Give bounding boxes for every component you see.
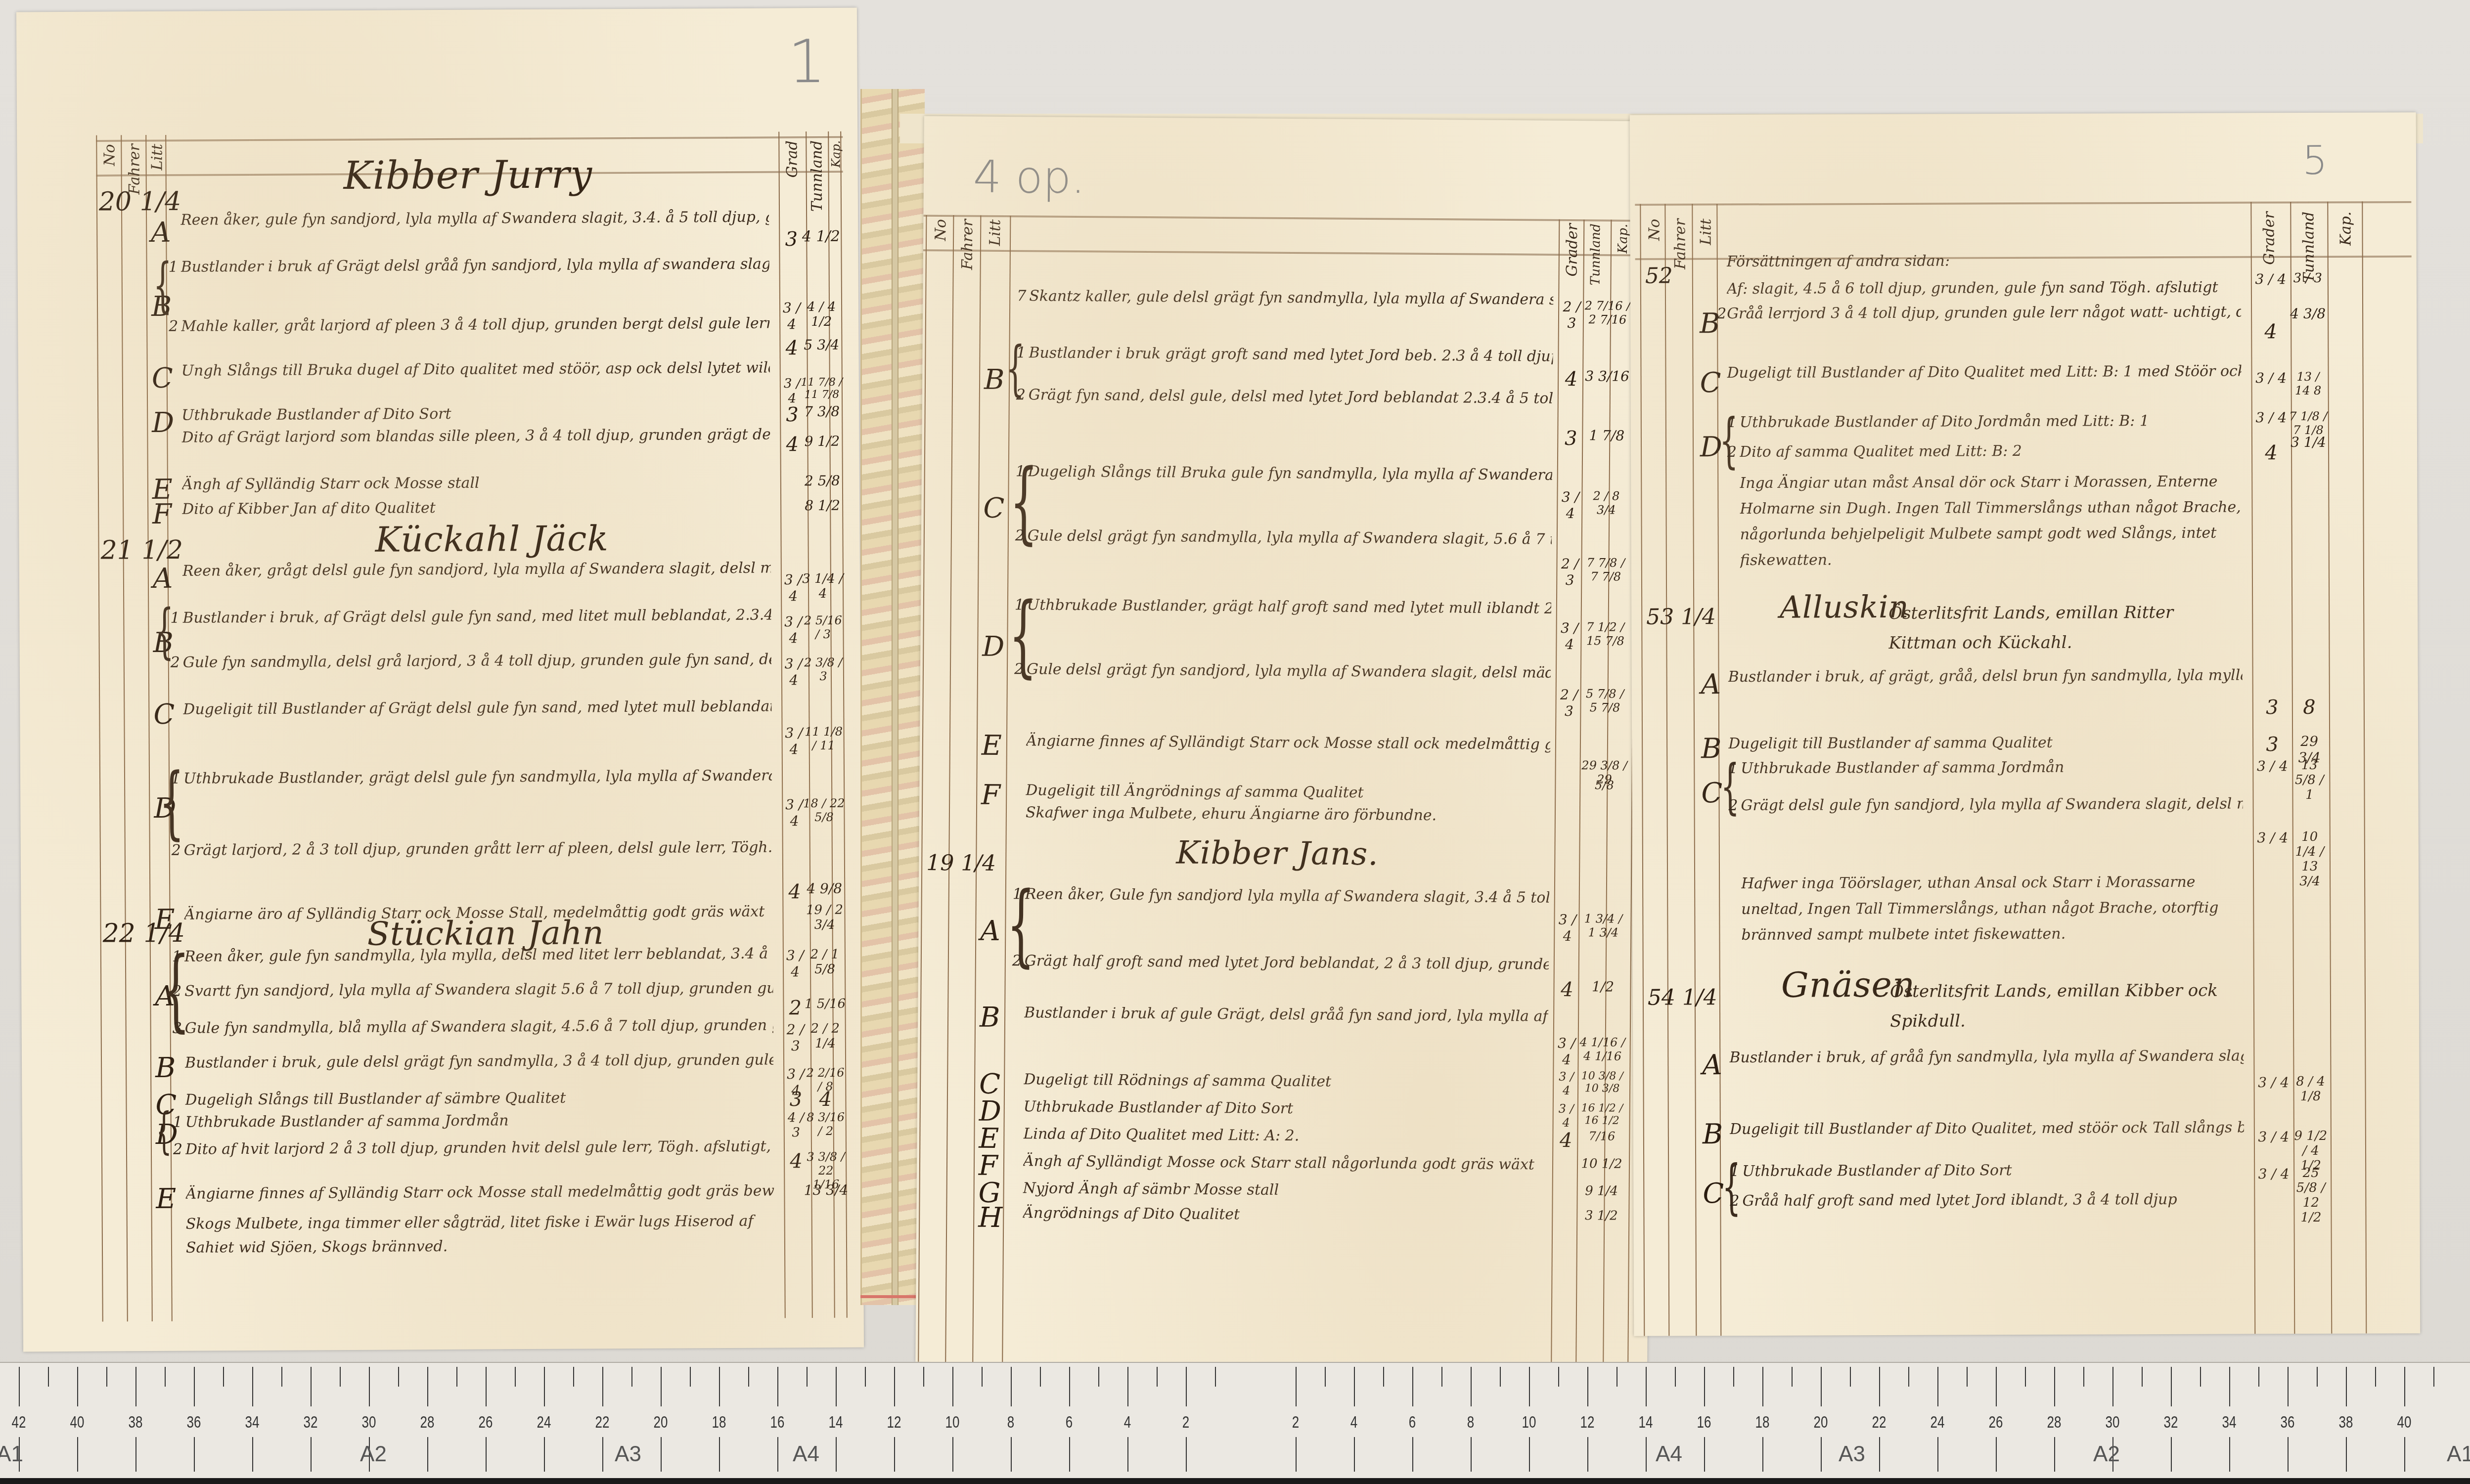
entry-text: Gråå lerrjord 3 å 4 toll djup, grunden g… xyxy=(1727,303,2241,322)
value-tunnland: 9 1/2 xyxy=(800,433,844,449)
ruler-tick xyxy=(1704,1437,1705,1472)
ruler-tick xyxy=(1441,1367,1442,1387)
value-grad: 3 xyxy=(2255,733,2290,756)
ruler-tick xyxy=(777,1437,778,1472)
ruler-tick xyxy=(1296,1367,1297,1406)
paper-size-mark: A1 xyxy=(2447,1442,2470,1467)
sub-number: 1 xyxy=(172,948,181,965)
value-tunnland: 11 7/8 / 11 7/8 xyxy=(800,376,844,401)
ruler-tick xyxy=(1675,1367,1676,1387)
value-grad: 4 xyxy=(1555,1129,1577,1152)
value-tunnland: 18 / 22 5/8 xyxy=(802,796,846,824)
litt-letter: C xyxy=(983,492,1004,524)
entry-text: Dugeligh Slångs till Bruka gule fyn sand… xyxy=(1028,463,1552,483)
ruler-tick xyxy=(2083,1367,2084,1387)
ruler-tick-label: 38 xyxy=(2339,1412,2353,1432)
value-tunnland: 25 5/8 / 12 1/2 xyxy=(2291,1166,2331,1225)
ruler-tick xyxy=(427,1437,428,1472)
ruler-tick-label: 8 xyxy=(1467,1412,1474,1432)
ruler-tick xyxy=(311,1437,312,1472)
entry-text: Mahle kaller, gråt larjord af pleen 3 å … xyxy=(181,315,769,335)
ruler-tick-label: 28 xyxy=(2047,1412,2062,1432)
ruler-tick xyxy=(1296,1437,1297,1472)
entry-text: Dugeligh Slångs till Bustlander af sämbr… xyxy=(185,1088,773,1108)
ruler-tick xyxy=(311,1367,312,1406)
value-tunnland: 4 1/16 / 4 1/16 xyxy=(1577,1035,1627,1063)
ruler-tick xyxy=(1098,1367,1099,1387)
value-tunnland: 4 xyxy=(803,1088,848,1111)
value-grad: 3 xyxy=(2255,696,2290,719)
ruler-tick xyxy=(77,1437,78,1472)
ruler-tick xyxy=(369,1367,370,1406)
entry-text: Bustlander i bruk, af Grägt delsl gule f… xyxy=(182,606,771,626)
entry-text: Nyjord Ängh af sämbr Mosse stall xyxy=(1023,1179,1547,1200)
litt-letter: A xyxy=(153,563,173,595)
ruler-tick xyxy=(194,1367,195,1406)
ruler-tick-label: 32 xyxy=(304,1412,318,1432)
value-grad: 3 / 4 xyxy=(2256,1129,2291,1145)
ruler-tick xyxy=(165,1367,166,1387)
ruler-tick-label: 30 xyxy=(2106,1412,2120,1432)
section-subtitle: Österlitsfrit Lands, emillan Ritter Kitt… xyxy=(1888,598,2235,658)
ruler-tick xyxy=(1850,1367,1851,1387)
ruler-tick-label: 22 xyxy=(1872,1412,1886,1432)
ruler-tick xyxy=(544,1367,545,1406)
ruler-tick xyxy=(719,1437,720,1472)
litt-letter: D xyxy=(982,631,1004,663)
ruler-tick xyxy=(1354,1367,1355,1406)
ruler-tick xyxy=(2346,1367,2347,1406)
value-tunnland: 5 3/4 xyxy=(799,337,844,353)
ruler-tick xyxy=(1069,1437,1070,1472)
ruler-tick xyxy=(894,1437,895,1472)
value-tunnland: 3 / 3 xyxy=(2288,271,2328,286)
entry-text: Gule fyn sandmylla, delsl grå larjord, 3… xyxy=(183,651,771,671)
ruler-tick xyxy=(1996,1437,1997,1472)
ruler-tick xyxy=(602,1437,603,1472)
entry-text: Af: slagit, 4.5 å 6 toll djup, grunden, … xyxy=(1727,278,2241,298)
value-tunnland: 8 / 4 1/8 xyxy=(2290,1074,2330,1104)
sub-number: 2 xyxy=(169,318,178,335)
value-grad: 3 xyxy=(1560,427,1582,450)
ruler-tick xyxy=(1821,1367,1822,1406)
entry-text: Gule delsl grägt fyn sandmylla, lyla myl… xyxy=(1028,527,1552,548)
value-tunnland: 4 / 4 1/2 xyxy=(799,300,844,329)
value-grad: 3 / 4 xyxy=(2254,370,2289,386)
ruler-tick xyxy=(748,1367,749,1387)
sub-number: 3 xyxy=(173,1020,182,1037)
value-grad: 4 xyxy=(1556,978,1578,1001)
entry-text: Uthbrukade Bustlander af Dito Sort xyxy=(1024,1098,1548,1119)
sub-number: 2 xyxy=(1730,1192,1739,1210)
column-header-fahrer: Fahrer xyxy=(959,219,977,270)
ruler-tick-label: 28 xyxy=(420,1412,435,1432)
ruler-tick xyxy=(2025,1367,2026,1387)
value-grad: 3 / 4 xyxy=(1555,1070,1577,1097)
value-grad: 3 / 4 xyxy=(2256,1166,2291,1182)
ruler-tick xyxy=(1127,1367,1128,1406)
column-header-no: No xyxy=(1646,219,1663,241)
value-tunnland: 2 / 1 5/8 xyxy=(803,947,847,977)
entry-text: Dugeligit till Bustlander af Dito Qualit… xyxy=(1730,1119,2244,1138)
ruler-tick xyxy=(602,1367,603,1406)
section-number: 54 1/4 xyxy=(1648,985,1717,1010)
ruler-tick xyxy=(1704,1367,1705,1406)
entry-text: Ängh af Sylländigt Mosse ock Starr stall… xyxy=(1023,1152,1547,1173)
sub-number: 1 xyxy=(171,770,180,787)
ruler-tick-label: 4 xyxy=(1124,1412,1131,1432)
entry-text: Ungh Slångs till Bruka dugel af Dito qua… xyxy=(181,359,770,380)
ruler-tick-label: 34 xyxy=(245,1412,260,1432)
value-tunnland: 9 1/4 xyxy=(1577,1183,1626,1199)
value-tunnland: 10 3/8 / 10 3/8 xyxy=(1577,1070,1627,1095)
pencil-page-number: 5 xyxy=(2302,137,2328,183)
ruler-tick xyxy=(1069,1367,1070,1406)
value-tunnland: 8 1/2 xyxy=(800,497,845,514)
entry-text: Gråå half groft sand med lytet Jord ibla… xyxy=(1742,1190,2244,1210)
ruler-tick xyxy=(135,1437,136,1472)
value-grad: 3 / 4 xyxy=(1559,489,1581,522)
ruler-tick xyxy=(106,1367,107,1387)
sub-number: 1 xyxy=(173,1114,182,1131)
ruler-tick xyxy=(1412,1437,1413,1472)
ruler-tick xyxy=(661,1367,662,1406)
ruler-tick-label: 8 xyxy=(1007,1412,1014,1432)
pencil-page-number: 4 op. xyxy=(973,151,1085,204)
ruler-tick-label: 10 xyxy=(1522,1412,1536,1432)
ruler-tick xyxy=(427,1367,428,1406)
ruler-tick xyxy=(1127,1437,1128,1472)
entry-text: Bustlander i bruk, gule delsl grägt fyn … xyxy=(185,1051,773,1071)
ruler-tick xyxy=(252,1367,253,1406)
ruler-tick xyxy=(2142,1367,2143,1387)
entry-text: Dugeligit till Bustlander af Grägt delsl… xyxy=(183,698,771,718)
entry-text: Skantz kaller, gule delsl grägt fyn sand… xyxy=(1029,287,1553,308)
paper-size-mark: A2 xyxy=(360,1442,387,1467)
paper-size-mark: A2 xyxy=(2093,1442,2120,1467)
ruler-tick xyxy=(1937,1367,1938,1406)
scanner-edge xyxy=(0,1478,2470,1484)
ruler-tick xyxy=(1967,1367,1968,1387)
entry-text: Svartt fyn sandjord, lyla mylla af Swand… xyxy=(184,979,773,1000)
entry-text: Ängiarne finnes af Sylländig Starr ock M… xyxy=(185,1182,774,1202)
value-tunnland: 5 7/8 / 5 7/8 xyxy=(1580,687,1629,715)
ruler-tick xyxy=(1157,1367,1158,1387)
ruler-tick-label: 16 xyxy=(1697,1412,1711,1432)
measurement-ruler: 4240383634323028262422201816141210864224… xyxy=(0,1362,2470,1481)
entry-text: Dito af Kibber Jan af dito Qualitet xyxy=(182,497,770,518)
ruler-tick xyxy=(1792,1367,1793,1387)
section-number: 53 1/4 xyxy=(1646,604,1716,629)
sub-number: 2 xyxy=(172,983,181,1000)
section-lead: Försättningen af andra sidan: xyxy=(1727,251,2241,270)
column-header-tunnland: Tunnland xyxy=(808,140,826,212)
value-grad: 3 / 4 xyxy=(1558,620,1580,653)
ruler-tick xyxy=(1383,1367,1384,1387)
value-tunnland: 3 3/16 xyxy=(1582,368,1632,385)
value-tunnland: 2 3/8 / 3 xyxy=(801,655,846,683)
ledger-page-left: 1 No Fahrer Litt Grad Tunnland Kap. 20 1… xyxy=(16,8,864,1352)
value-tunnland: 10 1/2 xyxy=(1577,1156,1626,1172)
ruler-tick xyxy=(1186,1437,1187,1472)
brace: { xyxy=(156,1106,172,1156)
ruler-tick-label: 4 xyxy=(1350,1412,1357,1432)
sub-number: 1 xyxy=(169,259,178,276)
sub-number: 1 xyxy=(1727,414,1737,431)
ruler-tick xyxy=(486,1437,487,1472)
column-header-kap: Kap. xyxy=(2337,212,2354,246)
paper-size-mark: A3 xyxy=(1839,1442,1865,1467)
sub-number: 1 xyxy=(170,610,180,627)
entry-text: Bustlander i bruk, af gråå fyn sandmylla… xyxy=(1729,1047,2244,1066)
ruler-tick-label: 24 xyxy=(1931,1412,1945,1432)
ruler-tick xyxy=(836,1367,837,1406)
ruler-tick xyxy=(865,1367,866,1387)
ruler-tick xyxy=(1762,1367,1763,1406)
ruler-tick xyxy=(1646,1437,1647,1472)
litt-letter: A xyxy=(980,915,1000,947)
entry-text: Dito af samma Qualitet med Litt: B: 2 xyxy=(1740,441,2242,461)
entry-text: Dugeligit till Ängrödnings af samma Qual… xyxy=(1026,782,1550,802)
entry-text: Grägt larjord, 2 å 3 toll djup, grunden … xyxy=(184,838,772,859)
ruler-tick xyxy=(48,1367,49,1387)
sub-number: 2 xyxy=(1012,952,1022,969)
ruler-tick xyxy=(2404,1367,2405,1406)
ruler-tick-label: 18 xyxy=(1755,1412,1770,1432)
ruler-tick xyxy=(281,1367,282,1387)
sub-number: 2 xyxy=(1014,660,1024,678)
ruler-tick xyxy=(1529,1437,1530,1472)
value-tunnland: 4 9/8 xyxy=(802,880,847,897)
value-tunnland: 13 3/4 xyxy=(804,1182,848,1198)
ruler-tick xyxy=(1011,1367,1012,1406)
ruler-tick xyxy=(1471,1437,1472,1472)
ruler-tick xyxy=(2258,1367,2259,1387)
ruler-tick-label: 18 xyxy=(712,1412,726,1432)
ruler-tick-label: 40 xyxy=(2397,1412,2412,1432)
section-number: 20 1/4 xyxy=(99,187,181,217)
value-grad: 4 xyxy=(2253,320,2288,343)
ruler-tick-label: 24 xyxy=(537,1412,551,1432)
value-grad: 3 / 4 xyxy=(1555,1102,1577,1130)
ruler-tick xyxy=(2054,1437,2055,1472)
litt-letter: H xyxy=(978,1202,1002,1234)
value-grad: 3 / 4 xyxy=(1555,1035,1577,1068)
value-tunnland: 4 1/2 xyxy=(799,228,843,245)
section-title: Kibber Jans. xyxy=(1176,834,1379,873)
ruler-tick xyxy=(1733,1367,1734,1387)
sub-number: 2 xyxy=(1717,305,1726,322)
litt-letter: C xyxy=(153,698,175,731)
ruler-tick xyxy=(690,1367,691,1387)
sub-number: 2 xyxy=(171,654,180,671)
ruler-tick xyxy=(398,1367,399,1387)
ruler-tick-label: 36 xyxy=(187,1412,201,1432)
ruler-tick-label: 26 xyxy=(479,1412,493,1432)
ruler-tick xyxy=(1011,1437,1012,1472)
ruler-tick xyxy=(2200,1367,2201,1387)
entry-text: Reen åker, Gule fyn sandjord lyla mylla … xyxy=(1025,885,1549,906)
sub-number: 2 xyxy=(1729,797,1738,814)
sub-number: 2 xyxy=(173,1141,182,1158)
section-title: Kückahl Jäck xyxy=(375,518,609,560)
value-tunnland: 3 1/2 xyxy=(1576,1208,1626,1223)
value-tunnland: 4 3/8 xyxy=(2288,306,2328,322)
value-tunnland: 1/2 xyxy=(1578,978,1627,995)
entry-text: Grägt delsl gule fyn sandjord, lyla myll… xyxy=(1741,795,2243,814)
ruler-tick-label: 20 xyxy=(1814,1412,1828,1432)
value-tunnland: 7 1/2 / 15 7/8 xyxy=(1580,620,1630,648)
litt-letter: F xyxy=(981,779,1000,811)
ruler-tick-label: 2 xyxy=(1292,1412,1299,1432)
entry-text: Ängh af Sylländig Starr ock Mosse stall xyxy=(182,473,770,493)
value-tunnland: 2 5/16 / 3 xyxy=(801,613,845,641)
section-number: 21 1/2 xyxy=(100,535,183,566)
ruler-tick-label: 32 xyxy=(2164,1412,2178,1432)
sub-number: 7 xyxy=(1017,287,1026,305)
value-tunnland: 3 1/4 xyxy=(2289,434,2328,450)
sub-number: 1 xyxy=(1015,596,1024,613)
litt-letter: B xyxy=(980,1002,1000,1034)
ruler-tick xyxy=(223,1367,224,1387)
value-tunnland: 19 / 2 3/4 xyxy=(802,903,847,932)
ruler-tick-label: 26 xyxy=(1989,1412,2003,1432)
value-tunnland: 8 xyxy=(2290,696,2329,719)
entry-text: Dugeligt till Rödnings af samma Qualitet xyxy=(1024,1071,1548,1091)
column-header-litt: Litt xyxy=(1697,218,1714,245)
ruler-tick xyxy=(252,1437,253,1472)
value-grad: 3 / 4 xyxy=(2254,409,2289,426)
value-tunnland: 1 3/4 / 1 3/4 xyxy=(1578,912,1628,940)
section-note: Skogs Mulbete, inga timmer eller sågträd… xyxy=(186,1209,775,1262)
ruler-tick-label: 34 xyxy=(2222,1412,2237,1432)
pencil-page-number: 1 xyxy=(788,28,826,96)
ruler-tick xyxy=(2433,1367,2434,1387)
entry-text: Gule fyn sandmylla, blå mylla af Swander… xyxy=(185,1016,773,1037)
column-header-grader: Grader xyxy=(1564,223,1581,277)
entry-text: Uthbrukade Bustlander, grägt delsl gule … xyxy=(183,767,772,787)
ruler-tick xyxy=(719,1367,720,1406)
ruler-tick xyxy=(2404,1437,2405,1472)
ruler-tick xyxy=(952,1367,953,1406)
entry-text: Dito af hvit larjord 2 å 3 toll djup, gr… xyxy=(185,1137,774,1158)
ruler-tick xyxy=(2229,1437,2230,1472)
ruler-tick xyxy=(77,1367,78,1406)
ruler-tick-label: 16 xyxy=(770,1412,785,1432)
ruler-tick xyxy=(807,1367,808,1387)
value-tunnland: 1 7/8 xyxy=(1582,427,1631,444)
litt-letter: C xyxy=(1701,777,1722,809)
ruler-tick-label: 40 xyxy=(70,1412,85,1432)
value-tunnland: 8 3/16 / 2 xyxy=(804,1110,848,1138)
ruler-tick xyxy=(340,1367,341,1387)
ruler-tick-label: 6 xyxy=(1409,1412,1416,1432)
ruler-tick xyxy=(1879,1437,1880,1472)
ruler-tick xyxy=(2317,1367,2318,1387)
sub-number: 1 xyxy=(1730,1163,1739,1180)
ruler-tick xyxy=(894,1367,895,1406)
ruler-tick xyxy=(1908,1367,1909,1387)
paper-size-mark: A3 xyxy=(615,1442,641,1467)
section-number: 52 xyxy=(1645,263,1673,288)
entry-text: Uthbrukade Bustlander af samma Jordmån xyxy=(1741,758,2243,777)
value-grad: 4 xyxy=(2254,441,2289,464)
column-header-no: No xyxy=(101,144,118,166)
ruler-tick xyxy=(2112,1367,2113,1406)
ruler-tick xyxy=(923,1367,924,1387)
marbled-endpaper xyxy=(860,89,925,1305)
entry-text: Reen åker, gule fyn sandjord, lyla mylla… xyxy=(180,209,769,229)
entry-text: Grägt fyn sand, delsl gule, delsl med ly… xyxy=(1029,386,1553,407)
value-tunnland: 1 5/16 xyxy=(803,997,847,1011)
litt-letter: B xyxy=(155,1052,176,1084)
ruler-tick xyxy=(1040,1367,1041,1387)
value-grad: 4 xyxy=(1560,368,1582,391)
value-grad: 2 / 3 xyxy=(1558,687,1580,719)
entry-text: Uthbrukade Bustlander af Dito Sort xyxy=(181,403,770,424)
ruler-tick xyxy=(2288,1367,2289,1406)
value-tunnland: 5/8 xyxy=(1579,778,1629,792)
ruler-tick xyxy=(194,1437,195,1472)
ruler-tick xyxy=(573,1367,574,1387)
ruler-tick xyxy=(1587,1367,1588,1406)
ruler-tick xyxy=(2229,1367,2230,1406)
ruler-tick xyxy=(1587,1437,1588,1472)
value-grad: 2 / 3 xyxy=(1559,556,1581,588)
paper-size-mark: A1 xyxy=(0,1442,23,1467)
sub-number: 2 xyxy=(1015,527,1025,544)
ruler-tick xyxy=(2171,1437,2172,1472)
ruler-tick-label: 36 xyxy=(2281,1412,2295,1432)
section-note: Skafwer inga Mulbete, ehuru Ängiarne äro… xyxy=(1026,804,1550,825)
entry-text: Dugeligit till Bustlander af samma Quali… xyxy=(1728,733,2243,752)
column-header-litt: Litt xyxy=(148,144,166,171)
value-tunnland: 11 1/8 / 11 xyxy=(801,725,846,752)
ruler-tick xyxy=(982,1367,983,1387)
section-note: Inga Ängiar utan måst Ansal dör ock Star… xyxy=(1740,469,2242,579)
sub-number: 1 xyxy=(1016,344,1026,361)
entry-text: Dugeligt till Bustlander af Dito Qualite… xyxy=(1727,362,2241,382)
ruler-tick xyxy=(456,1367,457,1387)
entry-text: Uthbrukade Bustlander, grägt half groft … xyxy=(1027,596,1551,617)
ruler-tick xyxy=(952,1437,953,1472)
litt-letter: B xyxy=(1701,733,1721,765)
sub-number: 1 xyxy=(1728,760,1738,777)
ruler-tick xyxy=(1325,1367,1326,1387)
entry-text: Bustlander i bruk af gule Grägt, delsl g… xyxy=(1024,1004,1548,1025)
entry-text: Uthbrukade Bustlander af Dito Jordmån me… xyxy=(1740,412,2242,431)
ruler-tick xyxy=(1186,1367,1187,1406)
entry-text: Reen åker, grågt delsl gule fyn sandjord… xyxy=(182,559,771,579)
section-subtitle: Österlitsfrit Lands, emillan Kibber ock … xyxy=(1890,976,2236,1036)
entry-text: Ängrödnings af Dito Qualitet xyxy=(1023,1204,1547,1225)
litt-letter: C xyxy=(152,362,173,394)
value-tunnland: 16 1/2 / 16 1/2 xyxy=(1577,1102,1627,1127)
value-tunnland: 7 3/8 xyxy=(800,403,844,420)
value-tunnland: 7 7/8 / 7 7/8 xyxy=(1581,556,1630,584)
ruler-tick xyxy=(19,1367,20,1406)
litt-letter: C xyxy=(1703,1178,1724,1210)
ruler-tick-label: 12 xyxy=(887,1412,901,1432)
ruler-tick-label: 22 xyxy=(595,1412,610,1432)
ruler-tick xyxy=(1529,1367,1530,1406)
ruler-tick-label: 14 xyxy=(829,1412,843,1432)
ruler-tick xyxy=(2171,1367,2172,1406)
ruler-tick xyxy=(1762,1437,1763,1472)
ruler-tick xyxy=(515,1367,516,1387)
ruler-tick xyxy=(1937,1437,1938,1472)
entry-text: Grägt half groft sand med lytet Jord beb… xyxy=(1025,952,1549,973)
